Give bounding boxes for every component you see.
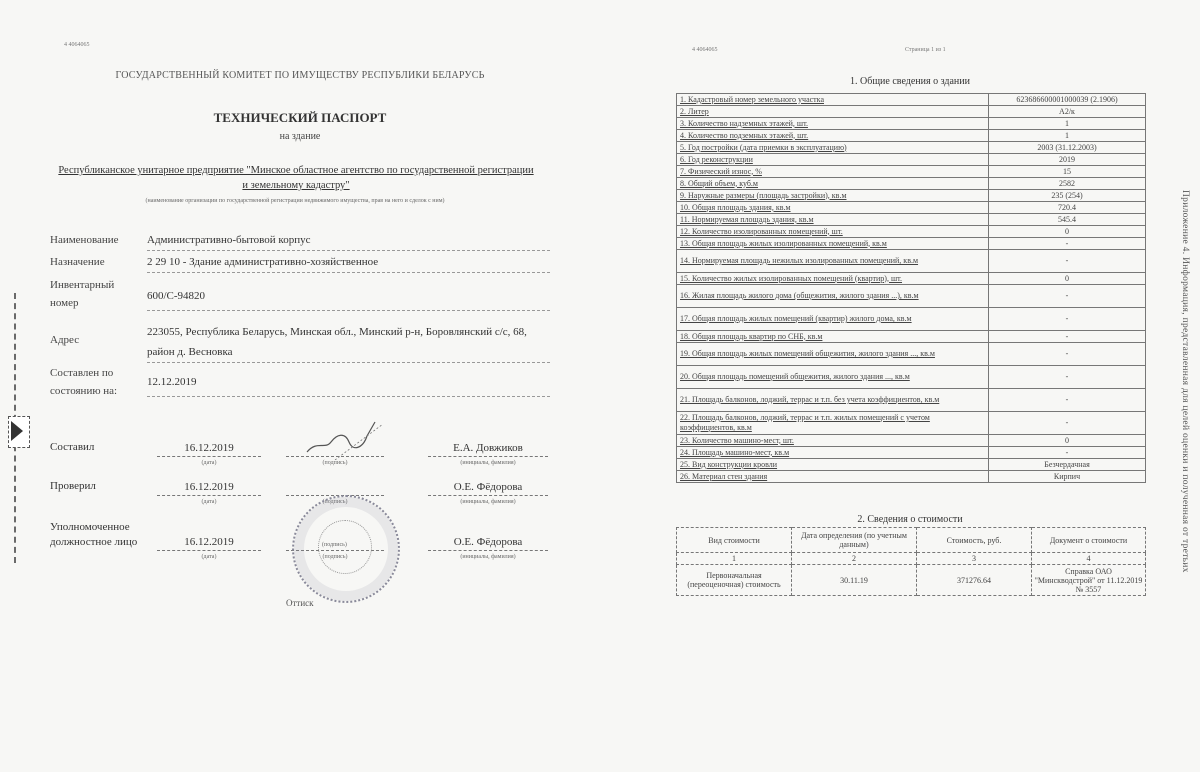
info-value: - [989,447,1146,459]
page-marker-arrow-icon [8,416,30,448]
cost-table-header: Вид стоимости Дата определения (по учетн… [677,528,1146,553]
info-label: 4. Количество подземных этажей, шт. [677,130,989,142]
info-label: 15. Количество жилых изолированных помещ… [677,273,989,285]
info-label: 8. Общий объем, куб.м [677,178,989,190]
info-label: 17. Общая площадь жилых помещений (кварт… [677,308,989,331]
document-subtitle: на здание [0,131,600,142]
cost-value: 371276.64 [917,565,1032,596]
info-label: 26. Материал стен здания [677,471,989,483]
table-row: 4. Количество подземных этажей, шт.1 [677,130,1146,142]
info-label: 20. Общая площадь помещений общежития, ж… [677,366,989,389]
info-label: 6. Год реконструкции [677,154,989,166]
table-row: Первоначальная (переоценочная) стоимость… [677,565,1146,596]
info-label: 9. Наружные размеры (площадь застройки),… [677,190,989,202]
table-row: 7. Физический износ, %15 [677,166,1146,178]
signatory-name: Е.А. Довжиков [428,440,548,457]
table-row: 15. Количество жилых изолированных помещ… [677,273,1146,285]
field-name: Наименование Административно-бытовой кор… [50,230,550,252]
organization-heading: ГОСУДАРСТВЕННЫЙ КОМИТЕТ ПО ИМУЩЕСТВУ РЕС… [0,70,600,81]
info-value: - [989,389,1146,412]
field-inventory-number: Инвентарный номер 600/C-94820 [50,276,550,316]
signature-date: 16.12.2019 [157,440,261,457]
cost-document: Справка ОАО "Минскводстрой" от 11.12.201… [1032,565,1146,596]
field-address: Адрес 223055, Республика Беларусь, Минск… [50,322,550,364]
signatory-name: О.Е. Фёдорова [428,479,548,496]
table-row: 19. Общая площадь жилых помещений общежи… [677,343,1146,366]
cost-table-numbers: 1 2 3 4 [677,553,1146,565]
side-caption: Приложение 4. Информация, представленная… [1170,190,1190,760]
table-row: 22. Площадь балконов, лоджий, террас и т… [677,412,1146,435]
field-value: 600/C-94820 [147,282,550,311]
number-cell: 4 [1032,553,1146,565]
sign-caption: (подпись) [286,460,384,466]
info-value: 545.4 [989,214,1146,226]
info-value: 15 [989,166,1146,178]
document-number: 4 4064065 [692,47,718,53]
info-value: - [989,238,1146,250]
info-label: 23. Количество машино-мест, шт. [677,435,989,447]
signature-role: Проверил [50,479,96,494]
table-row: 13. Общая площадь жилых изолированных по… [677,238,1146,250]
table-row: 1. Кадастровый номер земельного участка6… [677,94,1146,106]
issuer-organization: Республиканское унитарное предприятие "М… [56,163,536,193]
table-row: 5. Год постройки (дата приемки в эксплуа… [677,142,1146,154]
info-label: 24. Площадь машино-мест, кв.м [677,447,989,459]
signature-role: Составил [50,440,94,455]
table-row: 12. Количество изолированных помещений, … [677,226,1146,238]
info-value: - [989,366,1146,389]
info-label: 21. Площадь балконов, лоджий, террас и т… [677,389,989,412]
info-value: - [989,250,1146,273]
signature-line [286,479,384,496]
field-label: Наименование [50,230,140,250]
info-value: Безчердачная [989,459,1146,471]
info-value: - [989,331,1146,343]
table-row: 8. Общий объем, куб.м2582 [677,178,1146,190]
general-info-table: 1. Кадастровый номер земельного участка6… [676,93,1146,483]
info-value: Кирпич [989,471,1146,483]
info-label: 14. Нормируемая площадь нежилых изолиров… [677,250,989,273]
date-caption: (дата) [157,499,261,505]
issuer-text: Республиканское унитарное предприятие "М… [58,165,533,191]
header-cell: Дата определения (по учетным данным) [792,528,917,553]
info-label: 3. Количество надземных этажей, шт. [677,118,989,130]
name-caption: (инициалы, фамилия) [428,460,548,466]
info-label: 2. Литер [677,106,989,118]
signature-row-checked: Проверил 16.12.2019 (дата) (подпись) О.Е… [50,479,550,509]
cost-table: Вид стоимости Дата определения (по учетн… [676,527,1146,596]
field-label: Инвентарный номер [50,276,120,312]
table-row: 24. Площадь машино-мест, кв.м- [677,447,1146,459]
table-row: 25. Вид конструкции кровлиБезчердачная [677,459,1146,471]
table-row: 3. Количество надземных этажей, шт.1 [677,118,1146,130]
info-label: 10. Общая площадь здания, кв.м [677,202,989,214]
field-value: 12.12.2019 [147,368,550,397]
field-value: Административно-бытовой корпус [147,230,550,251]
issuer-note: (наименование организации по государстве… [60,198,530,204]
section1-title: 1. Общие сведения о здании [675,76,1145,87]
table-row: 11. Нормируемая площадь здания, кв.м545.… [677,214,1146,226]
info-label: 11. Нормируемая площадь здания, кв.м [677,214,989,226]
document-title: ТЕХНИЧЕСКИЙ ПАСПОРТ [0,110,600,126]
table-row: 18. Общая площадь квартир по СНБ, кв.м- [677,331,1146,343]
name-caption: (инициалы, фамилия) [428,554,548,560]
name-caption: (инициалы, фамилия) [428,499,548,505]
info-value: - [989,308,1146,331]
left-page-passport-cover: 4 4064065 ГОСУДАРСТВЕННЫЙ КОМИТЕТ ПО ИМУ… [0,0,600,772]
field-label: Составлен по состоянию на: [50,364,130,400]
signature-row-compiled: Составил 16.12.2019 (дата) (подпись) Е.А… [50,440,550,470]
table-row: 9. Наружные размеры (площадь застройки),… [677,190,1146,202]
info-value: 1 [989,130,1146,142]
number-cell: 3 [917,553,1032,565]
signatory-name: О.Е. Фёдорова [428,534,548,551]
field-value: 2 29 10 - Здание административно-хозяйст… [147,252,550,273]
table-row: 10. Общая площадь здания, кв.м720.4 [677,202,1146,214]
document-number: 4 4064065 [64,42,90,48]
table-row: 6. Год реконструкции2019 [677,154,1146,166]
field-label: Назначение [50,252,140,272]
info-value: 235 (254) [989,190,1146,202]
seal-text: (подпись) [322,542,347,548]
table-row: 20. Общая площадь помещений общежития, ж… [677,366,1146,389]
info-label: 13. Общая площадь жилых изолированных по… [677,238,989,250]
info-value: 0 [989,435,1146,447]
info-label: 5. Год постройки (дата приемки в эксплуа… [677,142,989,154]
info-label: 18. Общая площадь квартир по СНБ, кв.м [677,331,989,343]
info-value: 720.4 [989,202,1146,214]
table-row: 2. ЛитерА2/к [677,106,1146,118]
date-caption: (дата) [157,554,261,560]
signature-date: 16.12.2019 [157,479,261,496]
section2-title: 2. Сведения о стоимости [675,514,1145,525]
table-row: 17. Общая площадь жилых помещений (кварт… [677,308,1146,331]
info-value: - [989,412,1146,435]
field-purpose: Назначение 2 29 10 - Здание администрати… [50,252,550,274]
header-cell: Вид стоимости [677,528,792,553]
info-value: 623686600001000039 (2.1906) [989,94,1146,106]
signature-role: Уполномоченное должностное лицо [50,520,150,550]
number-cell: 1 [677,553,792,565]
field-value: 223055, Республика Беларусь, Минская обл… [147,322,550,363]
info-label: 25. Вид конструкции кровли [677,459,989,471]
page-indicator: Страница 1 из 1 [905,47,946,53]
info-value: - [989,343,1146,366]
info-value: - [989,285,1146,308]
number-cell: 2 [792,553,917,565]
table-row: 14. Нормируемая площадь нежилых изолиров… [677,250,1146,273]
table-row: 23. Количество машино-мест, шт.0 [677,435,1146,447]
cost-date: 30.11.19 [792,565,917,596]
table-row: 26. Материал стен зданияКирпич [677,471,1146,483]
date-caption: (дата) [157,460,261,466]
header-cell: Стоимость, руб. [917,528,1032,553]
handwritten-signature-icon [305,420,385,460]
table-row: 16. Жилая площадь жилого дома (общежития… [677,285,1146,308]
info-value: 0 [989,273,1146,285]
info-label: 22. Площадь балконов, лоджий, террас и т… [677,412,989,435]
info-value: 0 [989,226,1146,238]
field-label: Адрес [50,330,140,350]
signature-date: 16.12.2019 [157,534,261,551]
info-value: 1 [989,118,1146,130]
info-label: 19. Общая площадь жилых помещений общежи… [677,343,989,366]
info-value: 2019 [989,154,1146,166]
seal-caption: Оттиск [286,598,314,608]
info-label: 7. Физический износ, % [677,166,989,178]
info-label: 1. Кадастровый номер земельного участка [677,94,989,106]
info-value: 2003 (31.12.2003) [989,142,1146,154]
header-cell: Документ о стоимости [1032,528,1146,553]
info-label: 16. Жилая площадь жилого дома (общежития… [677,285,989,308]
info-value: А2/к [989,106,1146,118]
right-page-building-info: 4 4064065 Страница 1 из 1 1. Общие сведе… [600,0,1200,772]
table-row: 21. Площадь балконов, лоджий, террас и т… [677,389,1146,412]
field-as-of-date: Составлен по состоянию на: 12.12.2019 [50,364,550,404]
cost-type: Первоначальная (переоценочная) стоимость [677,565,792,596]
info-value: 2582 [989,178,1146,190]
info-label: 12. Количество изолированных помещений, … [677,226,989,238]
